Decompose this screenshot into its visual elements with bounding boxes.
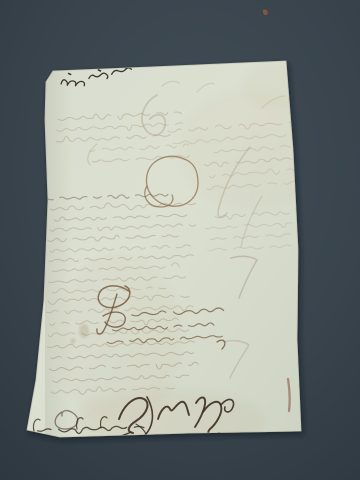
manuscript-photo [0, 0, 360, 480]
photo-canvas [0, 0, 360, 480]
